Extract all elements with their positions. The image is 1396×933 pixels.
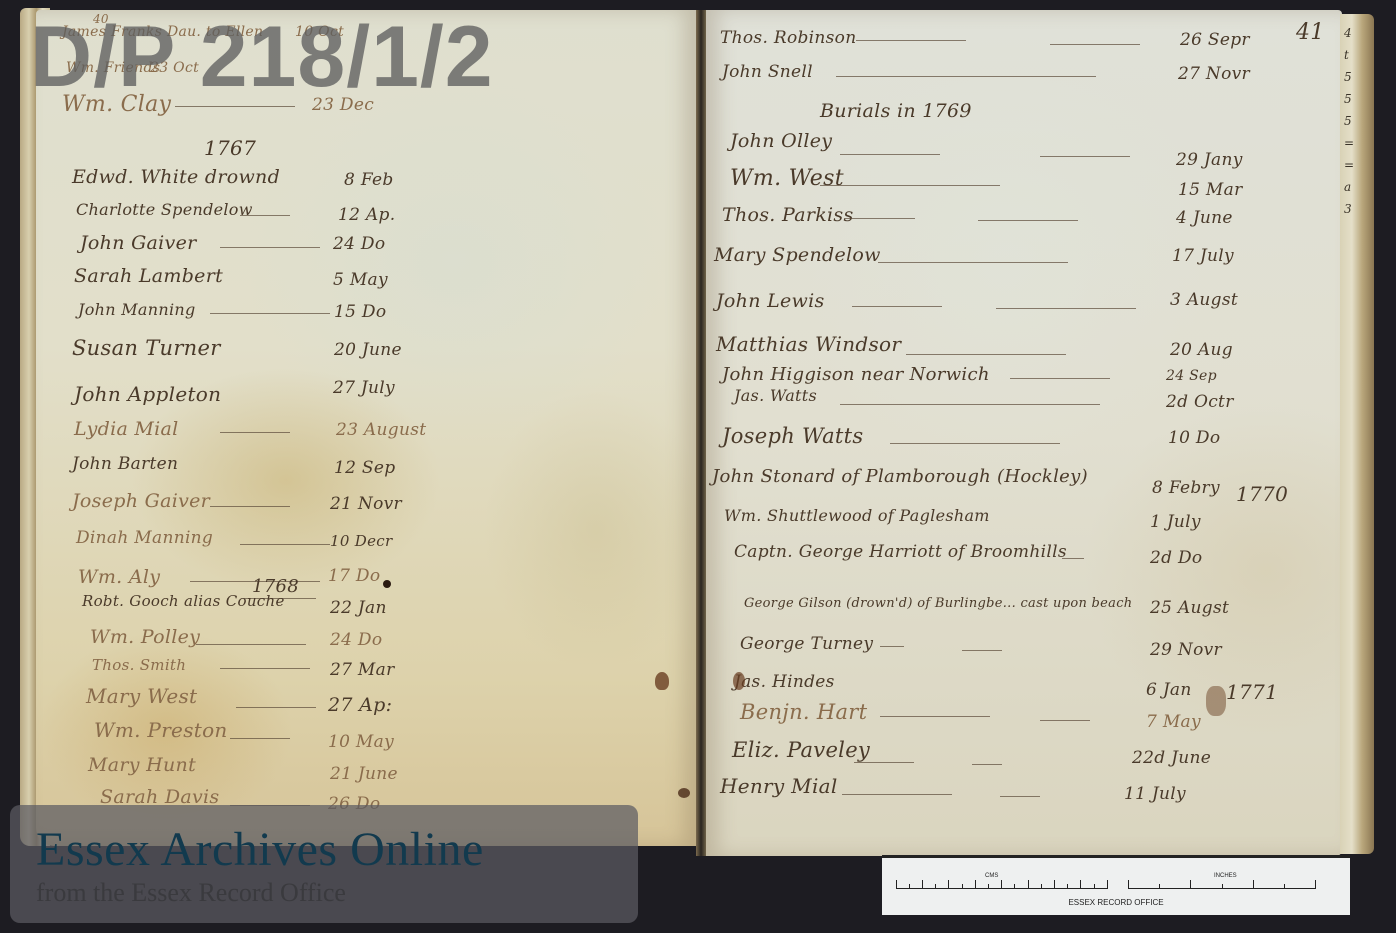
entry-date: 27 Ap:	[328, 694, 392, 716]
entry-rule	[906, 354, 1066, 355]
entry-name: John Barten	[72, 454, 178, 474]
entry-date: 2d Octr	[1166, 392, 1234, 412]
year-heading-1767: 1767	[204, 136, 256, 160]
entry-name: Benjn. Hart	[740, 700, 867, 724]
ink-stain	[1206, 686, 1226, 716]
edge-tab: =	[1344, 154, 1360, 176]
entry-name: Wm. Shuttlewood of Paglesham	[724, 506, 990, 525]
entry-rule	[210, 313, 330, 314]
entry-date: 24 Do	[330, 630, 382, 650]
entry-rule	[880, 646, 904, 647]
entry-date: 23 August	[336, 420, 426, 440]
entry-rule	[854, 762, 914, 763]
entry-rule	[220, 668, 310, 669]
entry-rule	[880, 716, 990, 717]
entry-rule	[842, 794, 952, 795]
entry-date: 10 Do	[1168, 428, 1220, 448]
entry-name: Wm. West	[730, 166, 844, 191]
entry-name: Captn. George Harriott of Broomhills	[734, 542, 1067, 562]
open-register-book: 4 t 5 5 5 = = a 3 40 James Franks Dau. t…	[0, 0, 1396, 933]
entry-name: John Gaiver	[80, 232, 197, 254]
entry-rule	[840, 154, 940, 155]
entry-rule	[890, 443, 1060, 444]
entry-date: 24 Do	[333, 234, 385, 254]
entry-name: Thos. Parkiss	[722, 204, 854, 226]
edge-tab: 5	[1344, 110, 1360, 132]
entry-rule	[962, 650, 1002, 651]
entry-rule	[230, 738, 290, 739]
entry-rule	[845, 218, 915, 219]
entry-date: 27 July	[333, 378, 395, 398]
entry-name: John Higgison near Norwich	[722, 364, 990, 385]
entry-date: 27 Novr	[1178, 64, 1250, 84]
entry-date: 22 Jan	[330, 598, 387, 618]
entry-date: 10 Decr	[330, 532, 392, 550]
year-note-1771: 1771	[1226, 680, 1278, 704]
cm-ticks	[896, 878, 1108, 889]
entry-rule	[820, 185, 1000, 186]
entry-rule	[856, 40, 966, 41]
edge-tab: 3	[1344, 198, 1360, 220]
entry-date: 8 Febry	[1152, 478, 1220, 498]
entry-date: 25 Augst	[1150, 598, 1229, 618]
edge-tab: 5	[1344, 66, 1360, 88]
entry-date: 27 Mar	[330, 660, 395, 680]
book-gutter	[696, 10, 706, 856]
entry-date: 24 Sep	[1166, 368, 1217, 384]
entry-date: 22d June	[1132, 748, 1211, 768]
entry-name: George Turney	[740, 634, 873, 654]
entry-date: 29 Novr	[1150, 640, 1222, 660]
entry-rule	[840, 404, 1100, 405]
entry-date: 17 Do	[328, 566, 380, 586]
entry-date: 5 May	[333, 270, 388, 290]
entry-date: 17 July	[1172, 246, 1234, 266]
entry-date: 3 Augst	[1170, 290, 1238, 310]
entry-date: 10 May	[328, 732, 394, 752]
entry-name: Wm. Preston	[94, 718, 228, 742]
entry-name: John Stonard of Plamborough (Hockley)	[712, 466, 1088, 487]
ink-dot	[383, 580, 391, 588]
entry-rule	[996, 308, 1136, 309]
entry-date: 6 Jan	[1146, 680, 1192, 700]
entry-rule	[1050, 44, 1140, 45]
entry-date: 12 Sep	[334, 458, 395, 478]
entry-date: 21 Novr	[330, 494, 402, 514]
document-reference-watermark: D/P 218/1/2	[30, 14, 494, 100]
entry-name: Wm. Aly	[78, 566, 160, 588]
entry-date: 4 June	[1176, 208, 1233, 228]
edge-index-tabs: 4 t 5 5 5 = = a 3	[1344, 22, 1360, 382]
entry-date: 26 Sepr	[1180, 30, 1250, 50]
entry-name: Mary West	[86, 684, 197, 708]
entry-rule	[878, 262, 1068, 263]
entry-name: Thos. Robinson	[720, 28, 856, 48]
entry-name: Lydia Mial	[74, 418, 179, 440]
entry-name: Dinah Manning	[76, 528, 213, 548]
entry-date: 15 Mar	[1178, 180, 1243, 200]
entry-date: 1 July	[1150, 512, 1201, 532]
entry-name: George Gilson (drown'd) of Burlingbe... …	[744, 596, 1132, 611]
entry-name: Thos. Smith	[92, 656, 186, 674]
entry-date: 20 June	[334, 340, 402, 360]
edge-tab: 4	[1344, 22, 1360, 44]
entry-rule	[972, 764, 1002, 765]
record-office-label: ESSEX RECORD OFFICE	[882, 898, 1350, 907]
ink-stain	[678, 788, 690, 798]
burials-heading: Burials in 1769	[820, 100, 972, 122]
archive-logo-subtitle: from the Essex Record Office	[36, 880, 346, 906]
entry-name: Edwd. White drownd	[72, 166, 280, 188]
entry-rule	[852, 306, 942, 307]
entry-name: Matthias Windsor	[716, 332, 901, 356]
entry-name: Joseph Gaiver	[72, 490, 210, 512]
entry-name: Susan Turner	[72, 336, 221, 360]
entry-name: John Lewis	[716, 290, 825, 312]
ink-stain	[655, 672, 669, 690]
entry-name: Wm. Polley	[90, 626, 200, 648]
entry-date: 29 Jany	[1176, 150, 1243, 170]
entry-name: Mary Spendelow	[714, 244, 881, 266]
entry-rule	[220, 247, 320, 248]
entry-date: 11 July	[1124, 784, 1186, 804]
entry-rule	[1000, 796, 1040, 797]
entry-rule	[236, 707, 316, 708]
entry-name: Eliz. Paveley	[732, 738, 870, 762]
archive-logo-title: Essex Archives Online	[36, 826, 484, 874]
entry-rule	[1040, 156, 1130, 157]
year-note-1770: 1770	[1236, 482, 1288, 506]
entry-name: John Manning	[78, 300, 196, 319]
edge-tab: t	[1344, 44, 1360, 66]
entry-date: 7 May	[1146, 712, 1201, 732]
edge-tab: =	[1344, 132, 1360, 154]
entry-date: 15 Do	[334, 302, 386, 322]
entry-date: 21 June	[330, 764, 398, 784]
edge-tab: a	[1344, 176, 1360, 198]
entry-name: John Olley	[730, 130, 832, 152]
edge-tab: 5	[1344, 88, 1360, 110]
entry-name: Charlotte Spendelow	[76, 200, 253, 219]
ink-stain	[733, 672, 745, 690]
entry-name: Robt. Gooch alias Couche	[82, 592, 285, 610]
entry-date: 2d Do	[1150, 548, 1202, 568]
entry-name: Jas. Hindes	[734, 672, 835, 692]
entry-rule	[220, 432, 290, 433]
entry-date: 12 Ap.	[338, 205, 395, 225]
entry-name: Sarah Lambert	[74, 265, 223, 287]
entry-date: 8 Feb	[344, 170, 394, 190]
entry-name: Joseph Watts	[722, 424, 863, 448]
entry-rule	[1062, 558, 1084, 559]
right-page-number: 41	[1296, 20, 1325, 45]
entry-name: John Snell	[722, 62, 813, 82]
entry-name: John Appleton	[74, 382, 221, 406]
entry-rule	[836, 76, 1096, 77]
entry-rule	[175, 106, 295, 107]
entry-rule	[1010, 378, 1110, 379]
entry-name: Jas. Watts	[734, 386, 817, 405]
entry-rule	[210, 506, 290, 507]
entry-name: Mary Hunt	[88, 754, 196, 776]
entry-rule	[240, 544, 330, 545]
entry-date: 20 Aug	[1170, 340, 1233, 360]
measurement-scale-bar: CMS INCHES ESSEX RECORD OFFICE	[882, 855, 1350, 915]
entry-rule	[1040, 720, 1090, 721]
entry-rule	[240, 215, 290, 216]
inch-ticks	[1128, 878, 1316, 889]
entry-rule	[978, 220, 1078, 221]
entry-rule	[196, 644, 306, 645]
entry-name: Henry Mial	[720, 774, 838, 798]
